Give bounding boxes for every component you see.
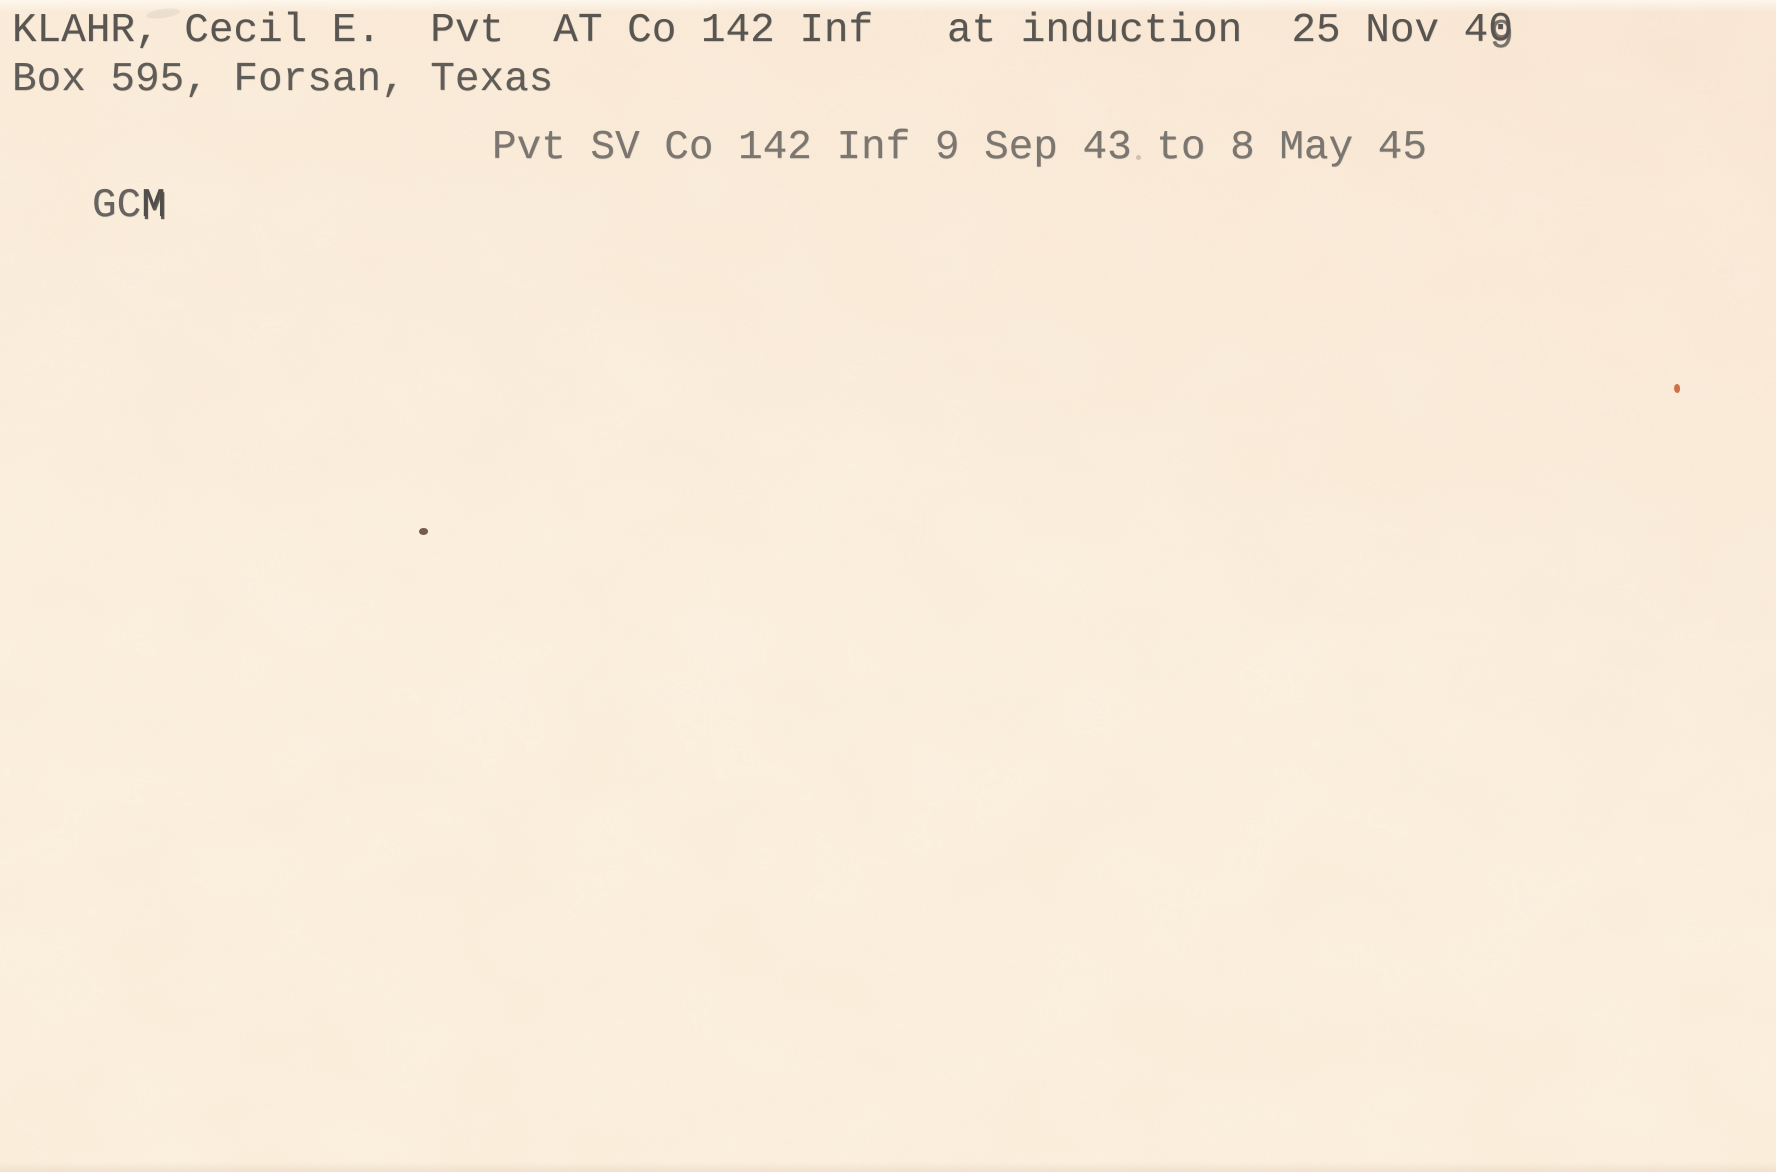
paper-texture xyxy=(0,0,1776,1172)
line-service-dates: Pvt SV Co 142 Inf 9 Sep 43 to 8 May 45 xyxy=(492,128,1427,169)
index-card-scan: KLAHR, Cecil E. Pvt AT Co 142 Inf at ind… xyxy=(0,0,1776,1172)
overstruck-letter-m: MM xyxy=(141,186,166,227)
bottom-edge-shadow xyxy=(0,1162,1776,1172)
orange-speck xyxy=(1674,384,1680,393)
line1-text: KLAHR, Cecil E. Pvt AT Co 142 Inf at ind… xyxy=(12,8,1488,54)
line3-text: Pvt SV Co 142 Inf 9 Sep 43 to 8 May 45 xyxy=(492,125,1427,171)
overstruck-m-over: M xyxy=(141,186,166,227)
line4-prefix: GC xyxy=(92,183,141,229)
overstrike-over-digit: 0 xyxy=(1488,10,1513,51)
line2-text: Box 595, Forsan, Texas xyxy=(12,57,553,103)
ink-dot xyxy=(419,528,428,535)
overstruck-date-digit: 90 xyxy=(1488,11,1513,52)
line-gcm-notation: GCMM xyxy=(92,186,166,227)
line-name-rank-unit-induction: KLAHR, Cecil E. Pvt AT Co 142 Inf at ind… xyxy=(12,11,1513,52)
line-address: Box 595, Forsan, Texas xyxy=(12,60,553,101)
